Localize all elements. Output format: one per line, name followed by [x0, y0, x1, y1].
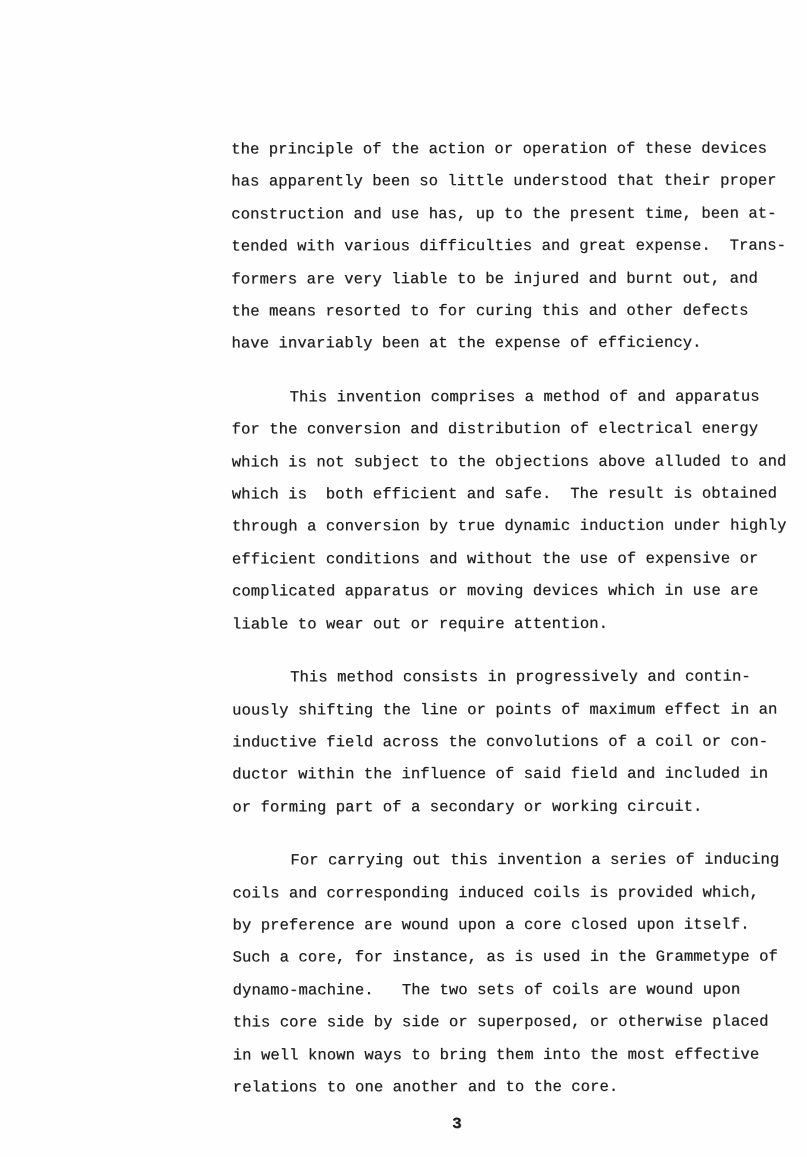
text-line: formers are very liable to be injured an…: [231, 262, 791, 295]
paragraph: This method consists in progressively an…: [232, 661, 792, 824]
text-line: this core side by side or superposed, or…: [233, 1006, 793, 1039]
text-line: for the conversion and distribution of e…: [232, 413, 792, 446]
paragraph: the principle of the action or operation…: [231, 133, 791, 361]
text-line: tended with various difficulties and gre…: [231, 230, 791, 263]
text-line: has apparently been so little understood…: [231, 165, 791, 198]
text-line: Such a core, for instance, as is used in…: [233, 941, 793, 974]
text-line: through a conversion by true dynamic ind…: [232, 510, 792, 543]
text-line: which is not subject to the objections a…: [232, 445, 792, 478]
text-line: construction and use has, up to the pres…: [231, 197, 791, 230]
text-line: This invention comprises a method of and…: [232, 380, 792, 413]
text-line: For carrying out this invention a series…: [232, 844, 792, 877]
text-line: by preference are wound upon a core clos…: [232, 908, 792, 941]
text-line: or forming part of a secondary or workin…: [232, 790, 792, 823]
text-line: coils and corresponding induced coils is…: [232, 876, 792, 909]
text-line: dynamo-machine. The two sets of coils ar…: [233, 973, 793, 1006]
text-line: the means resorted to for curing this an…: [231, 295, 791, 328]
text-line: in well known ways to bring them into th…: [233, 1038, 793, 1071]
paragraph: This invention comprises a method of and…: [232, 380, 792, 640]
text-line: have invariably been at the expense of e…: [231, 327, 791, 360]
page-number: 3: [452, 1113, 462, 1135]
text-line: relations to one another and to the core…: [233, 1070, 793, 1103]
text-line: This method consists in progressively an…: [232, 661, 792, 694]
text-line: the principle of the action or operation…: [231, 133, 791, 166]
paragraph: For carrying out this invention a series…: [232, 844, 792, 1104]
text-line: inductive field across the convolutions …: [232, 725, 792, 758]
text-block: the principle of the action or operation…: [231, 133, 793, 1125]
text-line: which is both efficient and safe. The re…: [232, 478, 792, 511]
text-line: complicated apparatus or moving devices …: [232, 575, 792, 608]
text-line: efficient conditions and without the use…: [232, 542, 792, 575]
text-line: liable to wear out or require attention.: [232, 607, 792, 640]
document-page: the principle of the action or operation…: [0, 0, 807, 1157]
text-line: ductor within the influence of said fiel…: [232, 758, 792, 791]
text-line: uously shifting the line or points of ma…: [232, 693, 792, 726]
